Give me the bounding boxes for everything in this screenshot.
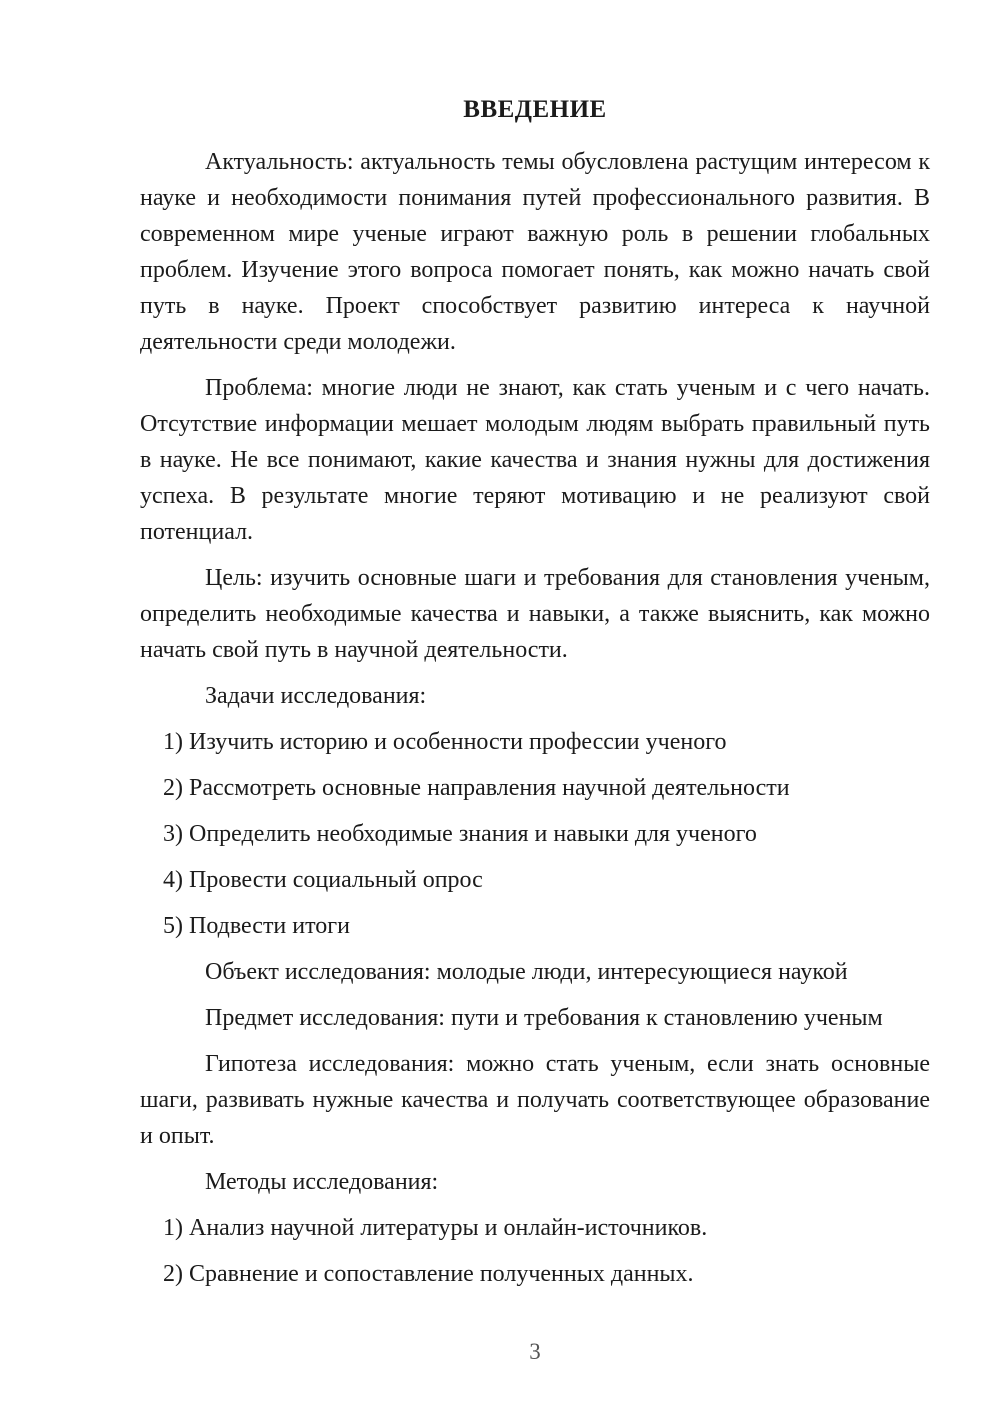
document-page: ВВЕДЕНИЕ Актуальность: актуальность темы…	[0, 0, 1000, 1414]
task-item-5: 5) Подвести итоги	[163, 908, 930, 944]
paragraph-problem: Проблема: многие люди не знают, как стат…	[140, 370, 930, 550]
tasks-heading: Задачи исследования:	[140, 678, 930, 714]
section-title: ВВЕДЕНИЕ	[140, 92, 930, 128]
paragraph-relevance: Актуальность: актуальность темы обусловл…	[140, 144, 930, 360]
methods-heading: Методы исследования:	[140, 1164, 930, 1200]
method-item-1: 1) Анализ научной литературы и онлайн-ис…	[163, 1210, 930, 1246]
paragraph-object: Объект исследования: молодые люди, интер…	[140, 954, 930, 990]
paragraph-hypothesis: Гипотеза исследования: можно стать учены…	[140, 1046, 930, 1154]
task-item-1: 1) Изучить историю и особенности професс…	[163, 724, 930, 760]
method-item-2: 2) Сравнение и сопоставление полученных …	[163, 1256, 930, 1292]
task-item-2: 2) Рассмотреть основные направления науч…	[163, 770, 930, 806]
task-item-4: 4) Провести социальный опрос	[163, 862, 930, 898]
task-item-3: 3) Определить необходимые знания и навык…	[163, 816, 930, 852]
page-number: 3	[140, 1338, 930, 1366]
paragraph-subject: Предмет исследования: пути и требования …	[140, 1000, 930, 1036]
paragraph-goal: Цель: изучить основные шаги и требования…	[140, 560, 930, 668]
